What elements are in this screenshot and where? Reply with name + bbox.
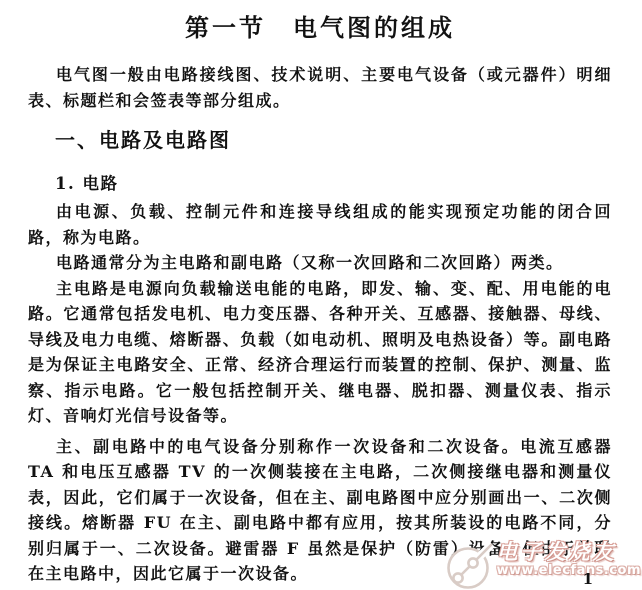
page-number: 1: [583, 571, 593, 588]
body-paragraph: 由电源、负载、控制元件和连接导线组成的能实现预定功能的闭合回路，称为电路。: [28, 199, 612, 250]
elecfans-circuit-logo-icon: [445, 542, 495, 590]
document-page: 第一节 电气图的组成 电气图一般由电路接线图、技术说明、主要电气设备（或元器件）…: [0, 0, 642, 590]
section-heading: 一、电路及电路图: [28, 128, 612, 152]
watermark-text: 电子发烧友 www.elecfans.com: [497, 540, 641, 578]
subsection-heading: 1. 电路: [28, 173, 612, 194]
body-paragraph: 电路通常分为主电路和副电路（又称一次回路和二次回路）两类。: [28, 250, 612, 276]
intro-paragraph: 电气图一般由电路接线图、技术说明、主要电气设备（或元器件）明细表、标题栏和会签表…: [28, 62, 612, 114]
page-title: 第一节 电气图的组成: [28, 13, 612, 43]
body-paragraph: 主电路是电源向负载输送电能的电路，即发、输、变、配、用电能的电路。它通常包括发电…: [28, 276, 612, 429]
watermark-brand: 电子发烧友: [497, 540, 641, 564]
watermark: 电子发烧友 www.elecfans.com: [445, 540, 641, 590]
watermark-url: www.elecfans.com: [497, 564, 641, 578]
